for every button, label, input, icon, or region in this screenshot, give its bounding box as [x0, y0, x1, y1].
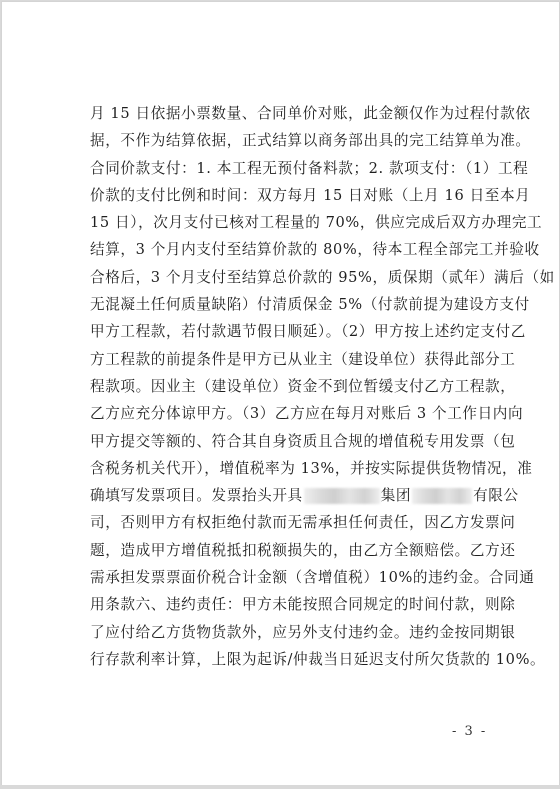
text-line: 月 15 日依据小票数量、合同单价对账，此金额仅作为过程付款依 [90, 100, 490, 127]
text-line: 程款项。因业主（建设单位）资金不到位暂缓支付乙方工程款， [90, 373, 490, 400]
text-line: 甲方工程款，若付款遇节假日顺延）。（2）甲方按上述约定支付乙 [90, 318, 490, 345]
redacted-company-name-part-2 [412, 488, 472, 504]
text-line: 含税务机关代开），增值税率为 13%，并按实际提供货物情况，准 [90, 455, 490, 482]
text-line: 题，造成甲方增值税抵扣税额损失的，由乙方全额赔偿。乙方还 [90, 537, 490, 564]
text-line: 15 日），次月支付已核对工程量的 70%，供应完成后双方办理完工 [90, 209, 490, 236]
text-line: 价款的支付比例和时间：双方每月 15 日对账（上月 16 日至本月 [90, 182, 490, 209]
text-line: 甲方提交等额的、符合其自身资质且合规的增值税专用发票（包 [90, 428, 490, 455]
invoice-title-suffix: 有限公 [473, 487, 519, 504]
invoice-title-middle: 集团 [381, 487, 411, 504]
page-number: - 3 - [452, 724, 487, 739]
text-line: 司，否则甲方有权拒绝付款而无需承担任何责任，因乙方发票问 [90, 509, 490, 536]
text-line: 方工程款的前提条件是甲方已从业主（建设单位）获得此部分工 [90, 346, 490, 373]
text-line: 合格后，3 个月支付至结算总价款的 95%，质保期（贰年）满后（如 [90, 264, 490, 291]
text-line: 据，不作为结算依据，正式结算以商务部出具的完工结算单为准。 [90, 127, 490, 154]
text-line: 合同价款支付：1. 本工程无预付备料款；2. 款项支付：（1）工程 [90, 155, 490, 182]
redacted-company-name-part-1 [304, 488, 380, 504]
text-line: 了应付给乙方货物货款外，应另外支付违约金。违约金按同期银 [90, 619, 490, 646]
text-line: 用条款六、违约责任：甲方未能按照合同规定的时间付款，则除 [90, 591, 490, 618]
page-bottom-edge [0, 785, 560, 789]
document-page: 月 15 日依据小票数量、合同单价对账，此金额仅作为过程付款依 据，不作为结算依… [1, 1, 560, 785]
text-line: 结算，3 个月内支付至结算价款的 80%，待本工程全部完工并验收 [90, 236, 490, 263]
redacted-text-line: 确填写发票项目。发票抬头开具集团有限公 [90, 482, 490, 509]
invoice-title-prefix: 确填写发票项目。发票抬头开具 [90, 487, 303, 504]
text-line: 无混凝土任何质量缺陷）付清质保金 5%（付款前提为建设方支付 [90, 291, 490, 318]
text-line: 行存款利率计算，上限为起诉/仲裁当日延迟支付所欠货款的 10%。 [90, 646, 490, 673]
contract-body-text: 月 15 日依据小票数量、合同单价对账，此金额仅作为过程付款依 据，不作为结算依… [90, 100, 490, 673]
text-line: 需承担发票票面价税合计金额（含增值税）10%的违约金。合同通 [90, 564, 490, 591]
text-line: 乙方应充分体谅甲方。（3）乙方应在每月对账后 3 个工作日内向 [90, 400, 490, 427]
